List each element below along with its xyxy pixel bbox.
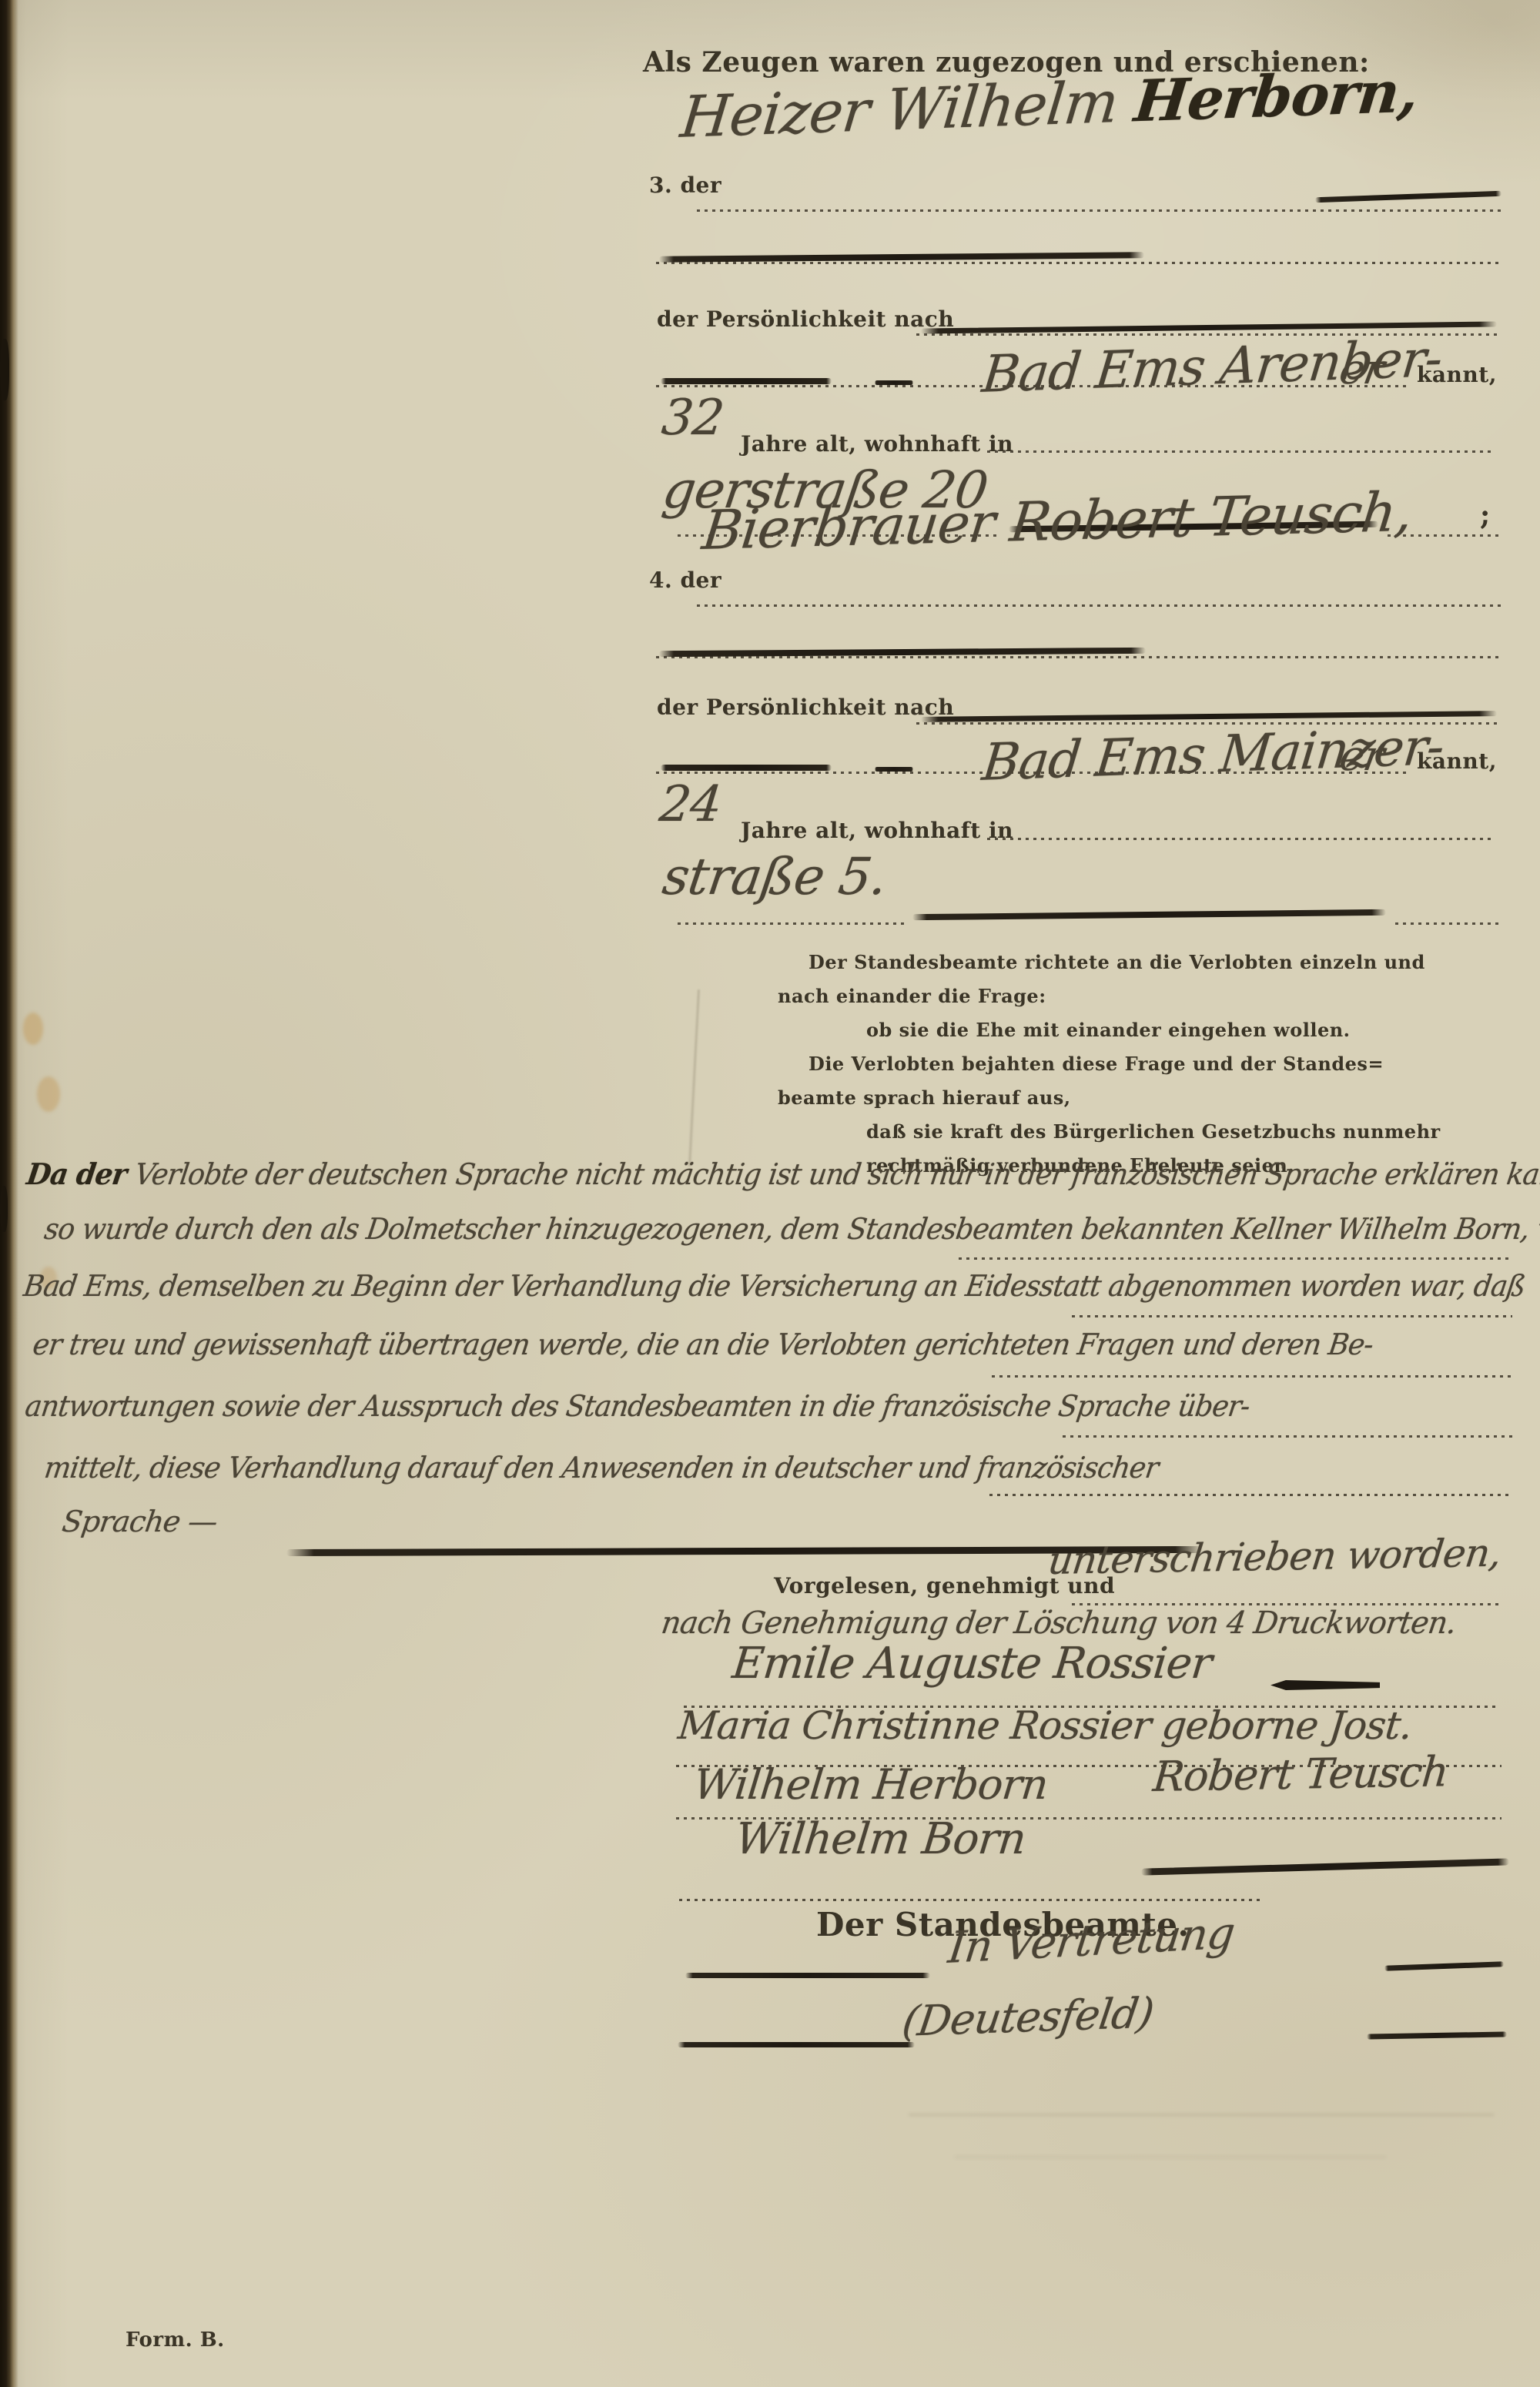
signature-bride: Maria Christinne Rossier geborne Jost.: [676, 1703, 1414, 1748]
signature-line-4: [679, 1899, 1263, 1901]
paper-stain: [37, 1076, 60, 1112]
registrar-signature: (Deutesfeld): [899, 1988, 1157, 2046]
interpreter-note-ruled-segment: [1072, 1315, 1512, 1317]
declaration-line-5: beamte sprach hierauf aus,: [778, 1086, 1071, 1109]
form-label: Form. B.: [126, 2328, 225, 2352]
witness4-street-line: [678, 922, 909, 925]
interpreter-note-ruled-segment: [992, 1375, 1514, 1378]
witness4-index-label: 4. der: [649, 567, 721, 593]
witness3-name-ruled-line: [697, 209, 1501, 212]
witness4-street-line-end: [1395, 922, 1499, 925]
signature-line-4-stroke: [1141, 1858, 1509, 1875]
witness3-name-last: Herborn,: [1131, 59, 1421, 135]
registrar-left-stroke: [678, 2042, 915, 2047]
registrar-right-stroke: [1367, 2031, 1507, 2039]
binding-notch: [0, 339, 9, 400]
unterschrieben-handwriting: unterschrieben worden,: [1046, 1531, 1504, 1583]
showthrough-line: [955, 2156, 1386, 2158]
witness3-age-label: Jahre alt, wohnhaft in: [741, 431, 1013, 457]
interpreter-note-line-3: Bad Ems, demselben zu Beginn der Verhand…: [22, 1269, 1527, 1303]
declaration-line-6: daß sie kraft des Bürgerlichen Gesetzbuc…: [866, 1120, 1441, 1143]
interpreter-note-ruled-segment: [959, 1257, 1512, 1260]
registry-page: Als Zeugen waren zugezogen und erschiene…: [0, 0, 1540, 2387]
witness3-known-strike-short: [875, 380, 913, 385]
declaration-line-1: Der Standesbeamte richtete an die Verlob…: [808, 951, 1425, 973]
witness4-street-handwriting: straße 5.: [659, 847, 890, 906]
witness4-blank-line: [656, 656, 1501, 658]
declaration-line-3: ob sie die Ehe mit einander eingehen wol…: [866, 1019, 1351, 1041]
signature-dash-flourish: [1270, 1680, 1380, 1690]
interpreter-note-ruled-segment: [989, 1494, 1509, 1496]
witness4-residence-line: [987, 838, 1495, 840]
signature-interpreter: Wilhelm Born: [733, 1814, 1028, 1864]
genehmigung-handwriting: nach Genehmigung der Löschung von 4 Druc…: [659, 1605, 1458, 1641]
interpreter-note-line-1: Da der Verlobte der deutschen Sprache ni…: [25, 1157, 1540, 1191]
paper-crease: [688, 989, 700, 1167]
witness4-age-label: Jahre alt, wohnhaft in: [741, 818, 1013, 843]
interpreter-note-ruled-segment: [1063, 1435, 1513, 1438]
witness4-known-strike: [661, 765, 832, 771]
witness4-age-handwriting: 24: [657, 776, 724, 833]
signature-witness3: Wilhelm Herborn: [691, 1760, 1050, 1809]
witness4-name-ruled-line: [697, 604, 1501, 607]
witness4-street-strike: [912, 909, 1386, 920]
paper-stain: [23, 1013, 43, 1045]
witness3-index-label: 3. der: [649, 172, 721, 198]
witness3-residence-line: [987, 450, 1495, 453]
interpreter-note-line-5: antwortungen sowie der Ausspruch des Sta…: [23, 1389, 1252, 1423]
signature-witness4: Robert Teusch: [1151, 1747, 1450, 1801]
binding-notch: [0, 1186, 8, 1232]
signature-groom: Emile Auguste Rossier: [730, 1639, 1214, 1689]
declaration-line-4: Die Verlobten bejahten diese Frage und d…: [808, 1053, 1384, 1075]
vertretung-left-stroke: [685, 1973, 930, 1978]
witness3-identity-label: der Persönlichkeit nach: [657, 306, 954, 332]
witness3-blank-line: [656, 262, 1501, 264]
witness3-known-strike: [661, 378, 832, 384]
interpreter-note-line-6: mittelt, diese Verhandlung darauf den An…: [42, 1451, 1160, 1485]
vertretung-right-stroke: [1384, 1961, 1504, 1970]
showthrough-line: [909, 2114, 1494, 2116]
witness3-blank-line-strike: [659, 252, 1144, 262]
interpreter-note-struck-words: Da der: [25, 1157, 138, 1191]
witness3-semicolon: ;: [1480, 499, 1491, 531]
witness3-age-handwriting: 32: [659, 390, 726, 447]
interpreter-note-line-4: er treu und gewissenhaft übertragen werd…: [31, 1327, 1375, 1361]
witness4-residence-handwriting: Bad Ems Mainzer-: [979, 717, 1447, 792]
interpreter-note-line-1-rest: Verlobte der deutschen Sprache nicht mäc…: [132, 1157, 1540, 1191]
declaration-line-2: nach einander die Frage:: [778, 985, 1046, 1007]
witness3-name-ink-stroke: [1315, 191, 1501, 203]
witness4-identity-label: der Persönlichkeit nach: [657, 695, 954, 720]
witness4-known-strike-short: [875, 767, 913, 772]
interpreter-note-line-2: so wurde durch den als Dolmetscher hinzu…: [42, 1212, 1540, 1246]
witness3-name-first: Heizer Wilhelm: [678, 69, 1138, 151]
interpreter-note-line-7: Sprache —: [60, 1505, 219, 1538]
